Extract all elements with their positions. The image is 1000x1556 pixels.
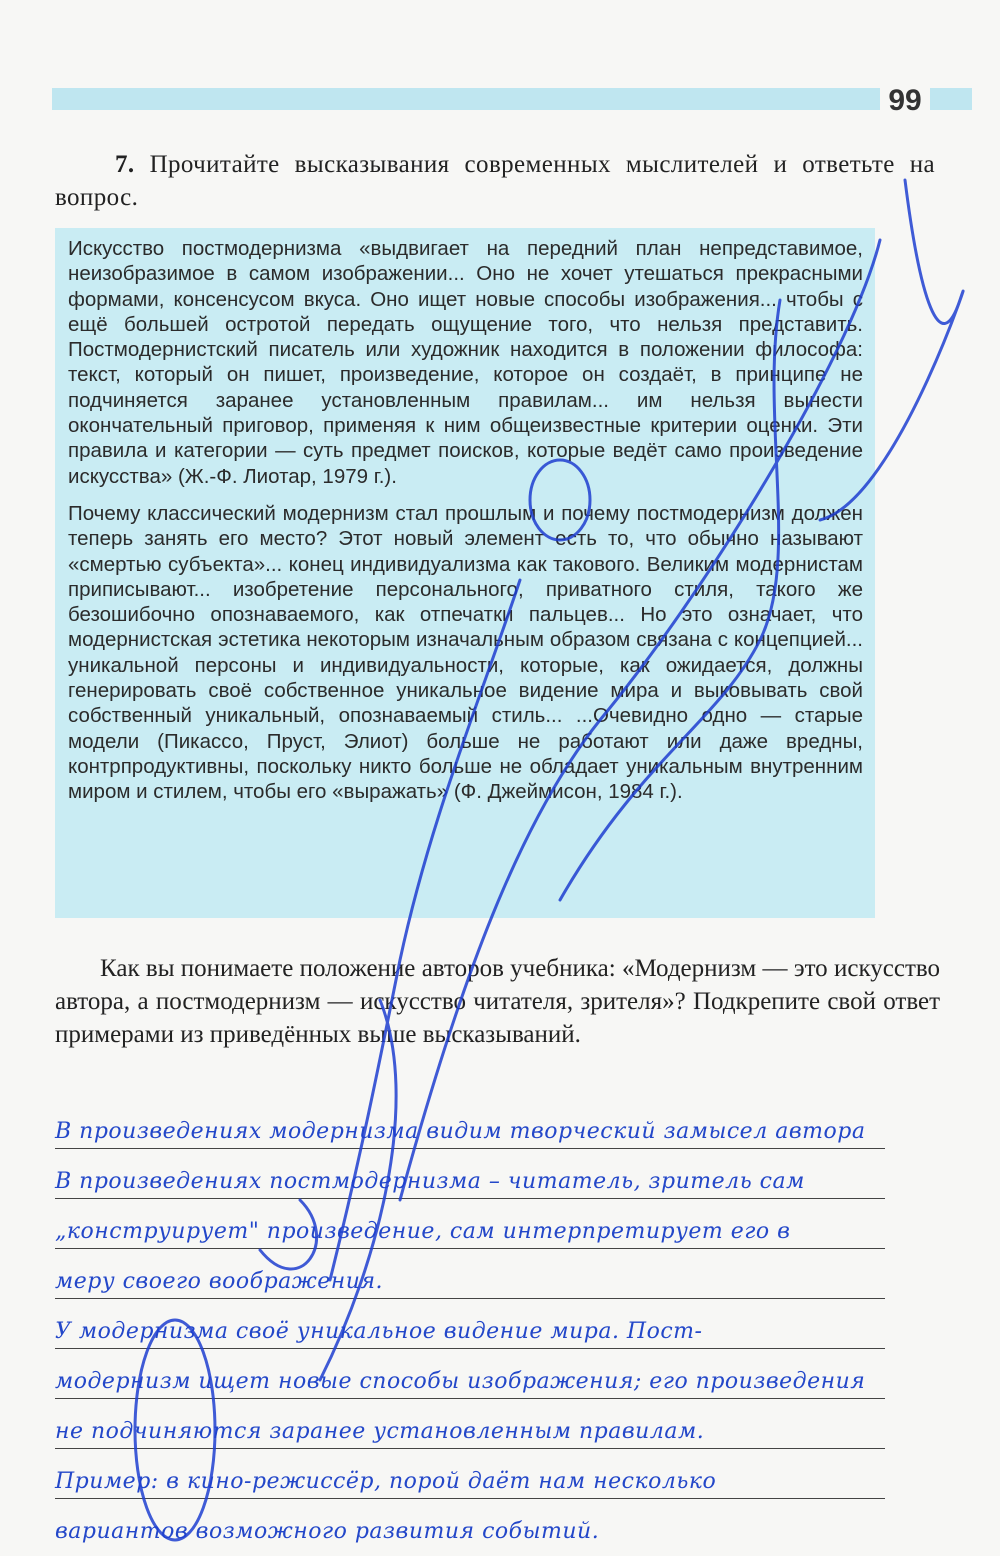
page-number: 99 — [880, 86, 930, 116]
answer-line[interactable]: У модернизма своё уникальное видение мир… — [55, 1300, 885, 1349]
answer-line[interactable]: вариантов возможного развития событий. — [55, 1500, 885, 1548]
answer-line[interactable]: меру своего воображения. — [55, 1250, 885, 1299]
quote-jameson: Почему классический модернизм стал прошл… — [68, 501, 863, 805]
quotes-box: Искусство постмодернизма «выдвигает на п… — [55, 228, 875, 918]
task-title-text: Прочитайте высказывания современных мысл… — [55, 151, 935, 211]
answer-line[interactable]: В произведениях модернизма видим творчес… — [55, 1100, 885, 1149]
question-text: Как вы понимаете положение авторов учебн… — [55, 952, 940, 1051]
answer-line[interactable]: Пример: в кино-режиссёр, порой даёт нам … — [55, 1450, 885, 1499]
question-body: Как вы понимаете положение авторов учебн… — [55, 955, 940, 1048]
page-header-band — [52, 88, 972, 110]
answer-line[interactable]: В произведениях постмодернизма – читател… — [55, 1150, 885, 1199]
task-number: 7. — [115, 151, 135, 178]
answer-line[interactable]: „конструирует" произведение, сам интерпр… — [55, 1200, 885, 1249]
task-heading: 7. Прочитайте высказывания современных м… — [55, 148, 935, 214]
answer-line[interactable]: модернизм ищет новые способы изображения… — [55, 1350, 885, 1399]
answer-line[interactable]: не подчиняются заранее установленным пра… — [55, 1400, 885, 1449]
quote-lyotard: Искусство постмодернизма «выдвигает на п… — [68, 236, 863, 489]
